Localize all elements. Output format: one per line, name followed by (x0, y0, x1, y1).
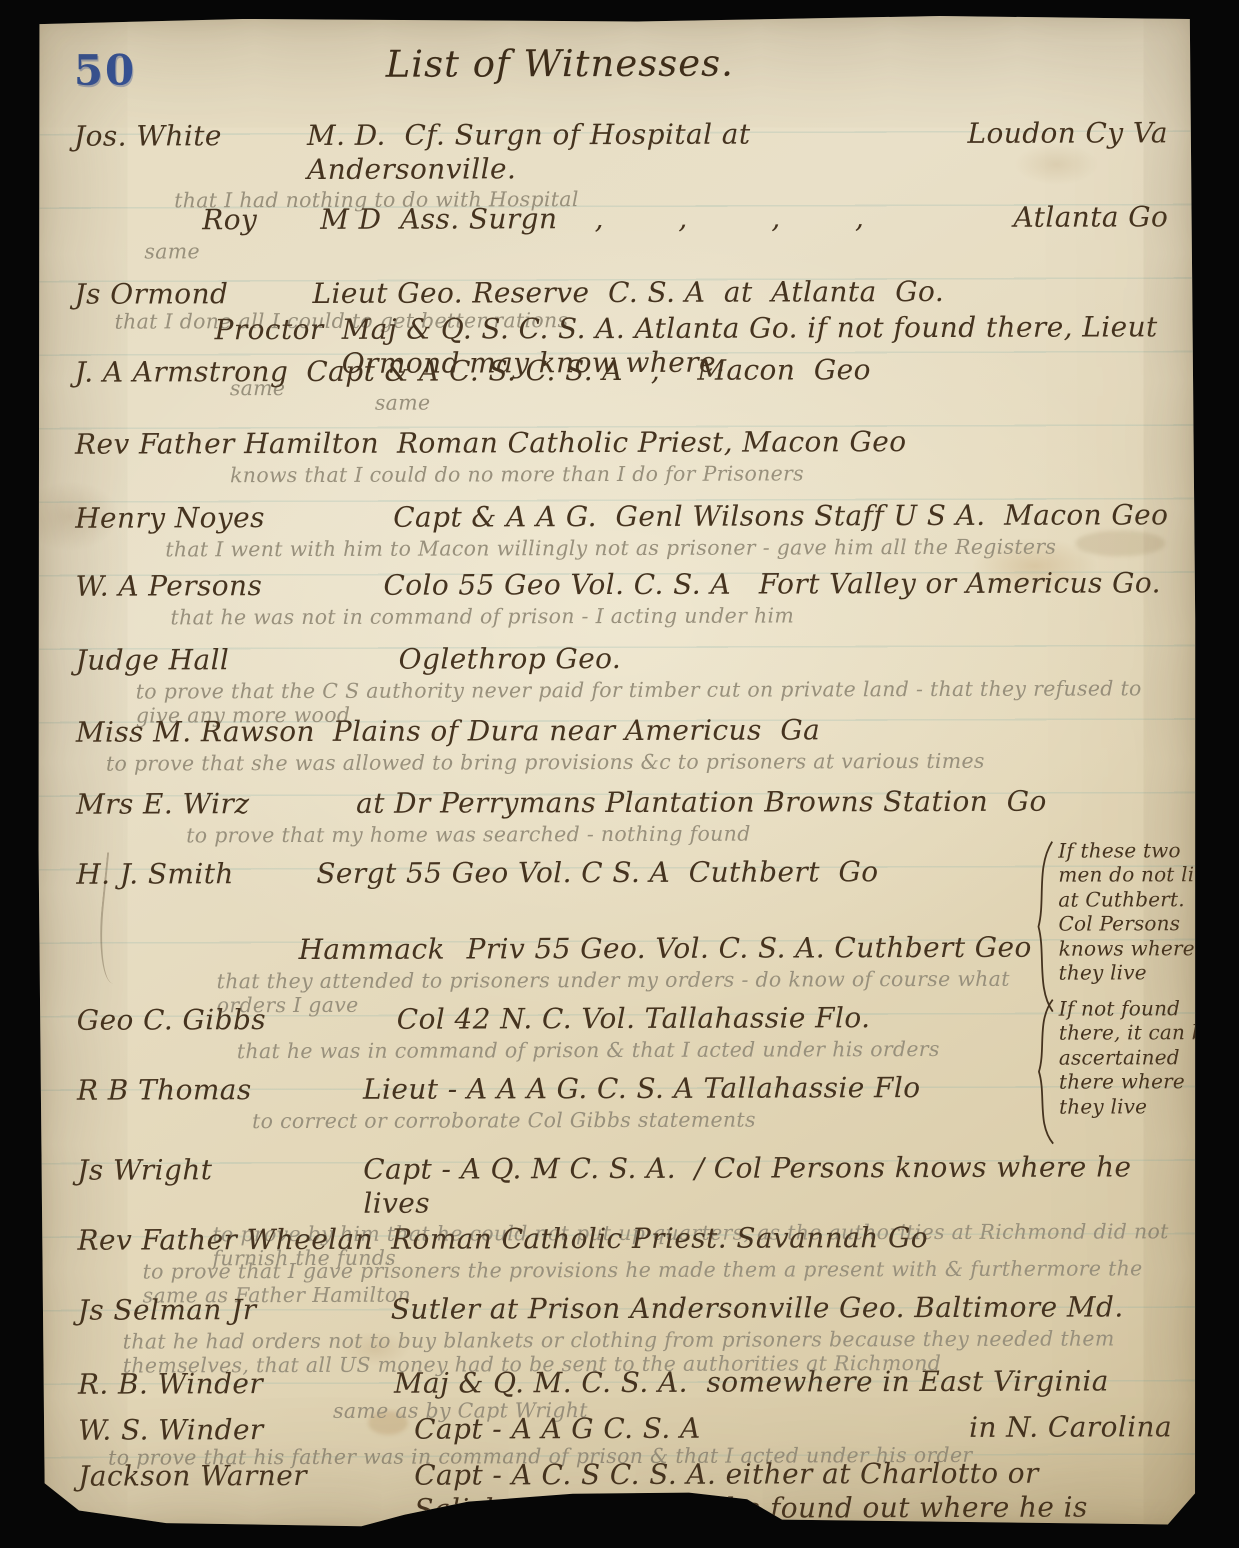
witness-description: Sergt 55 Geo Vol. C S. A Cuthbert Go (316, 855, 1040, 891)
witness-name: Rev Father Hamilton (75, 427, 397, 462)
witness-description: Sutler at Prison Andersonville Geo. Balt… (391, 1290, 1172, 1326)
witness-entry-line: Js Wright Capt - A Q. M C. S. A. / Col P… (77, 1150, 1171, 1221)
witness-name: Miss M. Rawson (76, 715, 333, 749)
witness-description: Lieut - A A A G. C. S. A Tallahassie Flo (363, 1071, 1041, 1107)
witness-name: W. A Persons (75, 569, 383, 604)
witness-name: Geo C. Gibbs (77, 1003, 397, 1038)
margin-note-text: If not found there, it can be ascertaine… (1059, 996, 1223, 1147)
pencil-annotation: to correct or corroborate Col Gibbs stat… (252, 1106, 1041, 1133)
margin-note-1: If these two men do not live at Cuthbert… (1032, 838, 1223, 1015)
witness-description: Capt & A A G. Genl Wilsons Staff U S A. … (393, 498, 1169, 534)
witness-entry-line: Geo C. Gibbs Col 42 N. C. Vol. Tallahass… (77, 1001, 1041, 1038)
witness-list: Jos. White M. D. Cf. Surgn of Hospital a… (34, 12, 1201, 1532)
witness-entry: H. J. Smith Sergt 55 Geo Vol. C S. A Cut… (76, 855, 1040, 892)
witness-description: Maj & Q. M. C. S. A. somewhere in East V… (394, 1364, 1172, 1400)
witness-entry-line: Rev Father Wheelan Roman Catholic Priest… (77, 1220, 1171, 1257)
witness-name: Roy (202, 203, 320, 237)
witness-description: Oglethrop Geo. (399, 640, 1170, 676)
witness-description: Lieut Geo. Reserve C. S. A at Atlanta Go… (312, 274, 1168, 310)
witness-entry-line: J. A Armstrong Capt & A C. S. C. S. A , … (75, 352, 1169, 389)
witness-description: Plains of Dura near Americus Ga (333, 712, 1170, 748)
witness-name: Jos. White (74, 119, 307, 153)
brace-icon (1032, 839, 1055, 1015)
margin-note-2: If not found there, it can be ascertaine… (1033, 996, 1223, 1147)
witness-entry-line: Roy M D Ass. Surgn , , , , Atlanta Go (74, 200, 1168, 237)
witness-name: Judge Hall (76, 643, 399, 678)
witness-entry: Henry Noyes Capt & A A G. Genl Wilsons S… (75, 498, 1169, 561)
witness-location: Atlanta Go (999, 200, 1168, 234)
witness-description: Priv 55 Geo. Vol. C. S. A. Cuthbert Geo (467, 931, 1041, 966)
witness-name: Hammack (299, 932, 467, 966)
witness-description: M. D. Cf. Surgn of Hospital at Andersonv… (307, 117, 954, 186)
pencil-annotation: that he was in command of prison & that … (237, 1036, 1041, 1063)
witness-name: W. S. Winder (78, 1413, 414, 1448)
witness-name: Rev Father Wheelan (77, 1223, 391, 1258)
witness-name: Js Wright (77, 1153, 363, 1187)
witness-entry: Jackson Warner Capt - A C. S C. S. A. ei… (78, 1456, 1172, 1548)
witness-location: Loudon Cy Va (953, 116, 1168, 150)
witness-entry: W. A Persons Colo 55 Geo Vol. C. S. A Fo… (75, 566, 1169, 629)
pencil-annotation: that he was not in command of prison - I… (170, 602, 1169, 629)
witness-description: Capt - A A G C. S. A (414, 1411, 955, 1446)
witness-entry-line: Rev Father Hamilton Roman Catholic Pries… (75, 424, 1169, 461)
witness-entry: Jos. White M. D. Cf. Surgn of Hospital a… (74, 116, 1168, 213)
witness-entry: Geo C. Gibbs Col 42 N. C. Vol. Tallahass… (77, 1001, 1041, 1064)
witness-name: Proctor (215, 313, 342, 347)
brace-icon (1033, 997, 1055, 1147)
witness-name: Mrs E. Wirz (76, 787, 356, 821)
witness-description: Capt - A C. S C. S. A. either at Charlot… (414, 1456, 1172, 1526)
witness-entry-line: Hammack Priv 55 Geo. Vol. C. S. A. Cuthb… (77, 931, 1041, 968)
witness-description: at Dr Perrymans Plantation Browns Statio… (356, 784, 1170, 820)
witness-entry-line: Jackson Warner Capt - A C. S C. S. A. ei… (78, 1456, 1172, 1527)
witness-entry-line: Js Selman Jr Sutler at Prison Andersonvi… (78, 1290, 1172, 1327)
witness-name: Jackson Warner (78, 1459, 414, 1494)
manuscript-page: 50 List of Witnesses. Jos. White M. D. C… (34, 12, 1201, 1532)
witness-entry-line: Jos. White M. D. Cf. Surgn of Hospital a… (74, 116, 1168, 187)
witness-name: H. J. Smith (76, 857, 316, 891)
witness-entry-line: Judge Hall Oglethrop Geo. (76, 640, 1170, 677)
pencil-annotation: to prove that she was allowed to bring p… (106, 748, 1170, 776)
witness-entry: Roy M D Ass. Surgn , , , , Atlanta Go sa… (74, 200, 1168, 263)
witness-name: R B Thomas (77, 1073, 363, 1107)
photo-background: 50 List of Witnesses. Jos. White M. D. C… (0, 0, 1239, 1548)
pencil-annotation: that I went with him to Macon willingly … (165, 534, 1169, 561)
witness-location: in N. Carolina (955, 1410, 1172, 1444)
pencil-annotation: same (144, 236, 1168, 263)
witness-description: Roman Catholic Priest. Savannah Go (391, 1220, 1172, 1256)
witness-entry: Rev Father Hamilton Roman Catholic Pries… (75, 424, 1169, 487)
witness-entry-line: Henry Noyes Capt & A A G. Genl Wilsons S… (75, 498, 1169, 535)
witness-entry-line: Mrs E. Wirz at Dr Perrymans Plantation B… (76, 784, 1170, 821)
witness-entry-line: Js Ormond Lieut Geo. Reserve C. S. A at … (74, 274, 1168, 311)
pencil-annotation: to prove that prisoners fared no better … (78, 1521, 1172, 1548)
witness-description: Col 42 N. C. Vol. Tallahassie Flo. (397, 1001, 1041, 1037)
witness-entry-line: W. A Persons Colo 55 Geo Vol. C. S. A Fo… (75, 566, 1169, 603)
witness-entry-line: W. S. Winder Capt - A A G C. S. A in N. … (78, 1410, 1172, 1447)
margin-note-text: If these two men do not live at Cuthbert… (1058, 838, 1223, 1015)
witness-name: R. B. Winder (78, 1367, 394, 1402)
witness-name: Henry Noyes (75, 501, 393, 536)
witness-description: Roman Catholic Priest, Macon Geo (397, 424, 1169, 460)
witness-description: Capt - A Q. M C. S. A. / Col Persons kno… (363, 1150, 1171, 1220)
witness-entry-line: Miss M. Rawson Plains of Dura near Ameri… (76, 712, 1170, 749)
witness-entry: Miss M. Rawson Plains of Dura near Ameri… (76, 712, 1170, 775)
pencil-annotation: knows that I could do no more than I do … (230, 460, 1169, 487)
witness-name: J. A Armstrong (75, 355, 307, 389)
witness-description: Capt & A C. S. C. S. A , Macon Geo (306, 352, 1169, 388)
witness-entry: J. A Armstrong Capt & A C. S. C. S. A , … (75, 352, 1169, 415)
witness-entry-line: R B Thomas Lieut - A A A G. C. S. A Tall… (77, 1071, 1041, 1108)
witness-description: M D Ass. Surgn , , , , (320, 201, 999, 237)
witness-entry: R B Thomas Lieut - A A A G. C. S. A Tall… (77, 1071, 1041, 1134)
pencil-annotation: same (375, 388, 1169, 415)
witness-name: Js Ormond (74, 277, 312, 311)
witness-name: Js Selman Jr (78, 1293, 391, 1328)
witness-description: Colo 55 Geo Vol. C. S. A Fort Valley or … (383, 566, 1169, 602)
pencil-annotation: to prove that my home was searched - not… (186, 820, 1170, 847)
witness-entry: Mrs E. Wirz at Dr Perrymans Plantation B… (76, 784, 1170, 847)
witness-entry-line: H. J. Smith Sergt 55 Geo Vol. C S. A Cut… (76, 855, 1040, 892)
witness-entry-line: R. B. Winder Maj & Q. M. C. S. A. somewh… (78, 1364, 1172, 1401)
